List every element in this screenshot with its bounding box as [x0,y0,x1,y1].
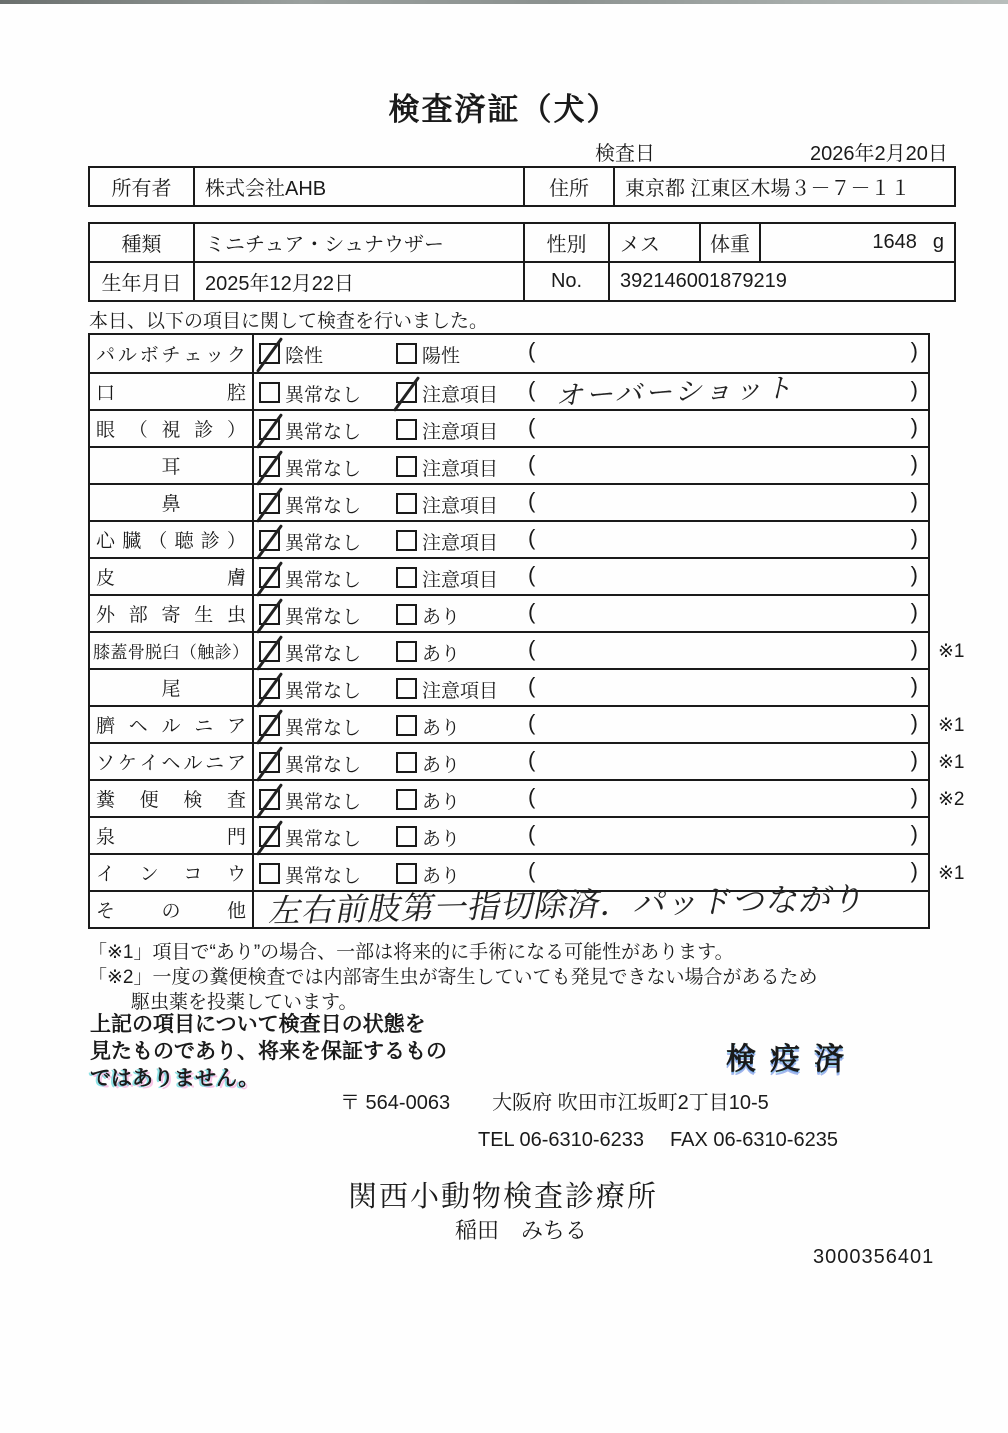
checklist-item-label: 口腔 [90,374,254,409]
checklist-row: 膝蓋骨脱臼（触診） 異常なし あり ( ) ※1 [90,631,928,668]
option1-label: 異常なし [285,713,361,740]
paren-open: ( [528,599,535,625]
checklist-row-content: 異常なし 注意項目 ( ) [254,448,928,483]
option1-label: 異常なし [285,750,361,777]
checklist-row-content: 異常なし あり ( ) [254,818,928,853]
reference-mark: ※2 [938,788,965,811]
checkbox-option2 [396,678,417,699]
handwritten-check-slash [256,450,283,486]
checklist-row: 糞便検査 異常なし あり ( ) ※2 [90,779,928,816]
option2-label: 注意項目 [422,565,498,592]
paren-close: ) [911,377,918,403]
checkbox-option2 [396,826,417,847]
checkbox-option1 [259,456,280,477]
inspection-certificate-page: 検査済証（犬） 検査日 2026年2月20日 所有者 株式会社AHB 住所 東京… [0,0,1008,1433]
checklist-row-content: 異常なし あり ( ) [254,596,928,631]
handwritten-check-slash [256,635,283,671]
disclaimer-line-3: ではありません。 [90,1062,259,1092]
handwritten-remark: オーバーショット [554,366,802,413]
checklist-item-label: 鼻 [90,485,254,520]
checkbox-option2 [396,382,417,403]
option1-label: 異常なし [285,491,361,518]
checkbox-option2 [396,789,417,810]
checklist-row: 皮膚 異常なし 注意項目 ( ) [90,557,928,594]
checklist-item-label: インコウ [90,855,254,890]
option1-label: 異常なし [285,454,361,481]
handwritten-check-slash [256,561,283,597]
clinic-address: 大阪府 吹田市江坂町2丁目10-5 [492,1086,769,1115]
checklist-item-label: 眼（視診） [90,411,254,446]
clinic-phone-line: TEL 06-6310-6233 FAX 06-6310-6235 [478,1129,838,1152]
paren-close: ) [911,821,918,847]
handwritten-check-slash [256,746,283,782]
paren-open: ( [528,636,535,662]
paren-close: ) [911,673,918,699]
weight-value: 1648 [872,231,917,254]
checklist-row-content: 異常なし あり ( ) [254,744,928,779]
reference-mark: ※1 [938,714,965,737]
address-label: 住所 [523,168,613,205]
inspection-date-value: 2026年2月20日 [810,137,948,166]
weight-cell: 1648 g [759,224,954,261]
serial-number: 3000356401 [813,1246,934,1269]
tel-number: TEL 06-6310-6233 [478,1129,644,1152]
handwritten-check-slash [256,783,283,819]
checklist-item-label: その他 [90,892,254,927]
checkbox-option1 [259,419,280,440]
checklist-row-content: 異常なし 注意項目 ( ) [254,522,928,557]
paren-close: ) [911,784,918,810]
checklist-row: 臍ヘルニア 異常なし あり ( ) ※1 [90,705,928,742]
checkbox-option2 [396,419,417,440]
option1-label: 異常なし [285,528,361,555]
option1-label: 異常なし [285,417,361,444]
checkbox-option1 [259,678,280,699]
checklist-table: パルボチェック 陰性 陽性 ( ) 口腔 異常なし 注意項目 ( オーバーショッ… [88,333,930,929]
checklist-row: 耳 異常なし 注意項目 ( ) [90,446,928,483]
checklist-row: 口腔 異常なし 注意項目 ( オーバーショット ) [90,372,928,409]
paren-close: ) [911,599,918,625]
option2-label: あり [422,787,460,814]
paren-open: ( [528,488,535,514]
paren-open: ( [528,673,535,699]
address-value: 東京都 江東区木場３－７－１１ [613,168,954,205]
paren-close: ) [911,858,918,884]
paren-open: ( [528,414,535,440]
paren-open: ( [528,525,535,551]
reference-mark: ※1 [938,640,965,663]
paren-close: ) [911,636,918,662]
clinic-name: 関西小動物検査診療所 [348,1174,658,1215]
handwritten-check-slash [256,413,283,449]
option2-label: あり [422,824,460,851]
paren-open: ( [528,710,535,736]
paren-close: ) [911,747,918,773]
checkbox-option2 [396,715,417,736]
checklist-row-content: 異常なし 注意項目 ( ) [254,559,928,594]
paren-close: ) [911,414,918,440]
checkbox-option1 [259,715,280,736]
weight-label: 体重 [699,224,759,261]
checkbox-option2 [396,343,417,364]
handwritten-check-slash [256,524,283,560]
checkbox-option2 [396,530,417,551]
paren-close: ) [911,488,918,514]
paren-close: ) [911,710,918,736]
option1-label: 異常なし [285,824,361,851]
handwritten-check-slash [256,487,283,523]
handwritten-check-slash [256,672,283,708]
checklist-row: 外部寄生虫 異常なし あり ( ) [90,594,928,631]
scan-edge-artifact [0,0,1008,4]
checklist-item-label: 膝蓋骨脱臼（触診） [90,633,254,668]
handwritten-check-slash [256,337,283,373]
option1-label: 異常なし [285,602,361,629]
checkbox-option1 [259,493,280,514]
option1-label: 異常なし [285,380,361,407]
checklist-row: 鼻 異常なし 注意項目 ( ) [90,483,928,520]
option2-label: あり [422,713,460,740]
option2-label: 陽性 [422,341,460,368]
checkbox-option2 [396,567,417,588]
checkbox-option2 [396,493,417,514]
checklist-item-label: 泉門 [90,818,254,853]
page-title: 検査済証（犬） [0,84,1008,129]
checklist-item-label: 皮膚 [90,559,254,594]
checkbox-option2 [396,604,417,625]
checklist-row-content: ( ) 左右前肢第一指切除済．パッドつながり [254,892,928,927]
checkbox-option1 [259,789,280,810]
birth-label: 生年月日 [90,263,193,300]
option2-label: 注意項目 [422,491,498,518]
option1-label: 異常なし [285,676,361,703]
checkbox-option1 [259,826,280,847]
checklist-item-label: 外部寄生虫 [90,596,254,631]
owner-table: 所有者 株式会社AHB 住所 東京都 江東区木場３－７－１１ [88,166,956,207]
checklist-row: その他 ( ) 左右前肢第一指切除済．パッドつながり [90,890,928,927]
clinic-address-line: 〒 564-0063 大阪府 吹田市江坂町2丁目10-5 [340,1086,769,1115]
checklist-item-label: パルボチェック [90,335,254,372]
checklist-item-label: 耳 [90,448,254,483]
checklist-row: ソケイヘルニア 異常なし あり ( ) ※1 [90,742,928,779]
checkbox-option2 [396,456,417,477]
handwritten-check-slash [256,709,283,745]
handwritten-check-slash [256,820,283,856]
checkbox-option2 [396,752,417,773]
paren-close: ) [911,338,918,364]
sex-label: 性別 [523,224,608,261]
reference-mark: ※1 [938,862,965,885]
intro-text: 本日、以下の項目に関して検査を行いました。 [89,306,488,333]
paren-open: ( [528,377,535,403]
dog-info-table: 種類 ミニチュア・シュナウザー 性別 メス 体重 1648 g 生年月日 202… [88,222,956,302]
checklist-row-content: 異常なし 注意項目 ( ) [254,411,928,446]
checkbox-option1 [259,567,280,588]
checkbox-option1 [259,641,280,662]
checklist-row: 泉門 異常なし あり ( ) [90,816,928,853]
paren-close: ) [911,562,918,588]
breed-label: 種類 [90,224,193,261]
checklist-row: 眼（視診） 異常なし 注意項目 ( ) [90,409,928,446]
handwritten-check-slash [256,598,283,634]
option1-label: 異常なし [285,787,361,814]
option2-label: 注意項目 [422,417,498,444]
paren-open: ( [528,784,535,810]
owner-value: 株式会社AHB [193,168,523,205]
option1-label: 陰性 [285,341,323,368]
veterinarian-name: 稲田 みちる [455,1214,587,1245]
checklist-row: パルボチェック 陰性 陽性 ( ) [90,335,928,372]
checkbox-option1 [259,863,280,884]
reference-mark: ※1 [938,751,965,774]
option2-label: あり [422,750,460,777]
checklist-item-label: 糞便検査 [90,781,254,816]
option1-label: 異常なし [285,639,361,666]
checklist-row: 心臓（聴診） 異常なし 注意項目 ( ) [90,520,928,557]
paren-open: ( [528,451,535,477]
option2-label: 注意項目 [422,676,498,703]
checklist-row-content: 異常なし 注意項目 ( ) [254,670,928,705]
footnote-2-line1: 「※2」一度の糞便検査では内部寄生虫が寄生していても発見できない場合があるため [88,962,818,989]
footnote-1: 「※1」項目で“あり”の場合、一部は将来的に手術になる可能性があります。 [88,937,734,964]
checklist-row: 尾 異常なし 注意項目 ( ) [90,668,928,705]
sex-value: メス [608,224,699,261]
paren-close: ) [911,525,918,551]
checkbox-option1 [259,382,280,403]
option2-label: あり [422,639,460,666]
disclaimer-line-1: 上記の項目について検査日の状態を [90,1008,426,1038]
checklist-row-content: 異常なし あり ( ) [254,707,928,742]
no-value: 392146001879219 [608,263,954,300]
paren-close: ) [911,451,918,477]
checklist-row-content: 異常なし あり ( ) [254,633,928,668]
disclaimer-line-2: 見たものであり、将来を保証するもの [90,1035,447,1065]
breed-value: ミニチュア・シュナウザー [193,224,523,261]
paren-open: ( [528,821,535,847]
checkbox-option2 [396,863,417,884]
checklist-row-content: 陰性 陽性 ( ) [254,335,928,372]
checkbox-option2 [396,641,417,662]
checklist-row-content: 異常なし あり ( ) [254,781,928,816]
checklist-item-label: 尾 [90,670,254,705]
weight-unit: g [933,231,944,254]
paren-open: ( [528,562,535,588]
checkbox-option1 [259,752,280,773]
paren-open: ( [528,338,535,364]
option2-label: 注意項目 [422,528,498,555]
quarantine-stamp: 検疫済 [726,1034,858,1078]
option2-label: 注意項目 [422,380,498,407]
fax-number: FAX 06-6310-6235 [670,1129,838,1152]
owner-label: 所有者 [90,168,193,205]
checklist-item-label: 心臓（聴診） [90,522,254,557]
checkbox-option1 [259,604,280,625]
handwritten-check-slash [393,376,420,412]
birth-value: 2025年12月22日 [193,263,523,300]
checkbox-option1 [259,530,280,551]
option2-label: 注意項目 [422,454,498,481]
checklist-row-content: 異常なし 注意項目 ( オーバーショット ) [254,374,928,409]
postal-code: 〒 564-0063 [340,1086,450,1115]
inspection-date-label: 検査日 [595,137,655,166]
checklist-item-label: 臍ヘルニア [90,707,254,742]
checkbox-option1 [259,343,280,364]
paren-open: ( [528,747,535,773]
no-label: No. [523,263,608,300]
checklist-item-label: ソケイヘルニア [90,744,254,779]
option2-label: あり [422,602,460,629]
checklist-row-content: 異常なし 注意項目 ( ) [254,485,928,520]
option1-label: 異常なし [285,565,361,592]
